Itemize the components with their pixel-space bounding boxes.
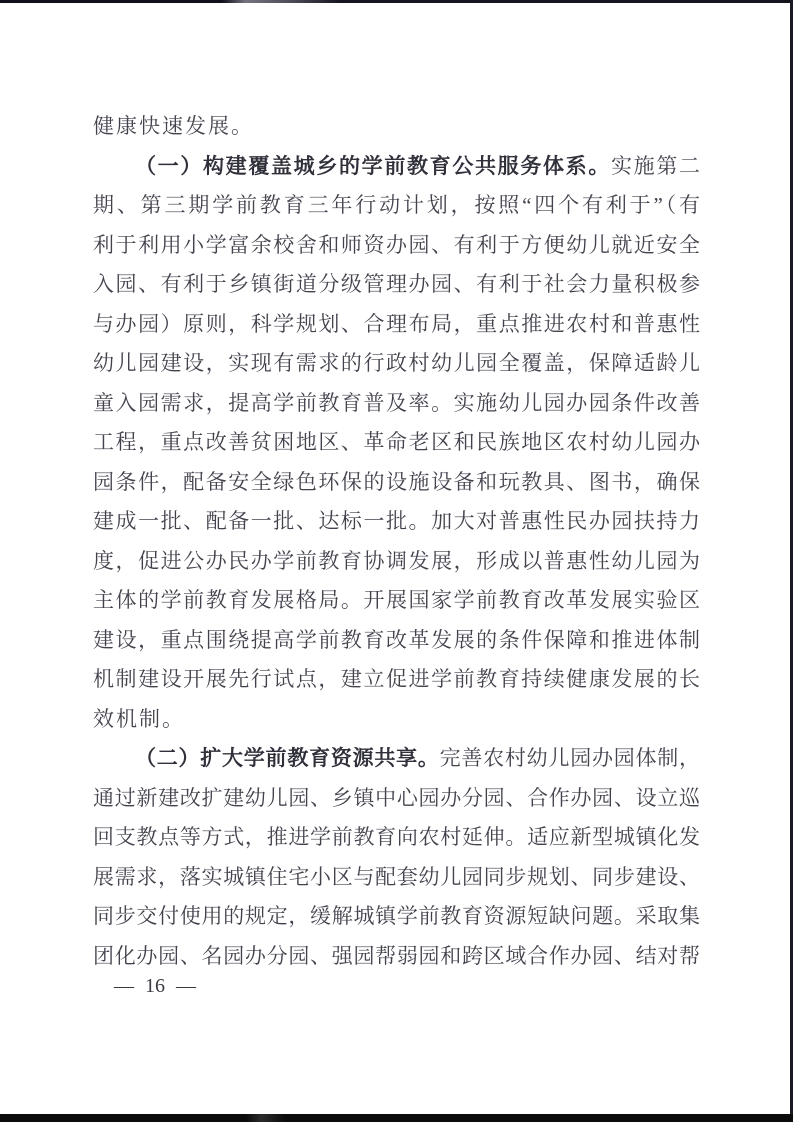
scan-artifact-top-edge (0, 0, 793, 3)
document-line: 与办园）原则，科学规划、合理布局，重点推进农村和普惠性 (93, 305, 700, 345)
document-line: 同步交付使用的规定，缓解城镇学前教育资源短缺问题。采取集 (93, 897, 700, 937)
footer-page-number: 16 (145, 975, 165, 997)
body-text: 童入园需求，提高学前教育普及率。实施幼儿园办园条件改善 (93, 391, 700, 415)
document-line: 建设，重点围绕提高学前教育改革发展的条件保障和推进体制 (93, 621, 700, 661)
body-text: 度，促进公办民办学前教育协调发展，形成以普惠性幼儿园为 (93, 549, 700, 573)
scan-artifact-bottom-edge (0, 1114, 793, 1122)
body-text: 建成一批、配备一批、达标一批。加大对普惠性民办园扶持力 (93, 509, 700, 533)
document-line: 度，促进公办民办学前教育协调发展，形成以普惠性幼儿园为 (93, 542, 700, 582)
body-text: 主体的学前教育发展格局。开展国家学前教育改革发展实验区 (93, 588, 700, 612)
document-line: 建成一批、配备一批、达标一批。加大对普惠性民办园扶持力 (93, 502, 700, 542)
body-text: 同步交付使用的规定，缓解城镇学前教育资源短缺问题。采取集 (93, 904, 700, 928)
body-text: 与办园）原则，科学规划、合理布局，重点推进农村和普惠性 (93, 312, 700, 336)
body-text: 建设，重点围绕提高学前教育改革发展的条件保障和推进体制 (93, 628, 700, 652)
document-line: 童入园需求，提高学前教育普及率。实施幼儿园办园条件改善 (93, 384, 700, 424)
document-line: 机制建设开展先行试点，建立促进学前教育持续健康发展的长 (93, 660, 700, 700)
section-heading: （一）构建覆盖城乡的学前教育公共服务体系。 (135, 154, 611, 178)
footer-dash-left: — (114, 975, 134, 997)
document-line: 期、第三期学前教育三年行动计划，按照“四个有利于”（有 (93, 186, 700, 226)
document-line: 主体的学前教育发展格局。开展国家学前教育改革发展实验区 (93, 581, 700, 621)
body-text: 期、第三期学前教育三年行动计划，按照“四个有利于”（有 (93, 193, 700, 217)
document-line: 幼儿园建设，实现有需求的行政村幼儿园全覆盖，保障适龄儿 (93, 344, 700, 384)
body-text: 机制建设开展先行试点，建立促进学前教育持续健康发展的长 (93, 667, 700, 691)
body-text: 幼儿园建设，实现有需求的行政村幼儿园全覆盖，保障适龄儿 (93, 351, 700, 375)
body-text: 实施第二 (611, 154, 700, 178)
body-text: 利于利用小学富余校舍和师资办园、有利于方便幼儿就近安全 (93, 233, 700, 257)
document-line: （一）构建覆盖城乡的学前教育公共服务体系。实施第二 (93, 147, 700, 187)
body-text: 回支教点等方式，推进学前教育向农村延伸。适应新型城镇化发 (93, 825, 700, 849)
body-text: 通过新建改扩建幼儿园、乡镇中心园办分园、合作办园、设立巡 (93, 786, 700, 810)
document-line: 入园、有利于乡镇街道分级管理办园、有利于社会力量积极参 (93, 265, 700, 305)
body-text: 完善农村幼儿园办园体制， (440, 746, 700, 770)
page-footer: —16— (114, 974, 196, 998)
document-body: 健康快速发展。（一）构建覆盖城乡的学前教育公共服务体系。实施第二期、第三期学前教… (93, 107, 700, 976)
body-text: 健康快速发展。 (93, 114, 254, 138)
body-text: 入园、有利于乡镇街道分级管理办园、有利于社会力量积极参 (93, 272, 700, 296)
document-line: （二）扩大学前教育资源共享。完善农村幼儿园办园体制， (93, 739, 700, 779)
document-line: 效机制。 (93, 700, 700, 740)
document-line: 健康快速发展。 (93, 107, 700, 147)
document-line: 团化办园、名园办分园、强园帮弱园和跨区域合作办园、结对帮 (93, 937, 700, 977)
body-text: 园条件，配备安全绿色环保的设施设备和玩教具、图书，确保 (93, 470, 700, 494)
scanned-document-page: 健康快速发展。（一）构建覆盖城乡的学前教育公共服务体系。实施第二期、第三期学前教… (0, 0, 793, 1122)
section-heading: （二）扩大学前教育资源共享。 (135, 746, 440, 770)
body-text: 团化办园、名园办分园、强园帮弱园和跨区域合作办园、结对帮 (93, 944, 700, 968)
document-line: 工程，重点改善贫困地区、革命老区和民族地区农村幼儿园办 (93, 423, 700, 463)
body-text: 展需求，落实城镇住宅小区与配套幼儿园同步规划、同步建设、 (93, 865, 700, 889)
document-line: 利于利用小学富余校舍和师资办园、有利于方便幼儿就近安全 (93, 226, 700, 266)
footer-dash-right: — (176, 975, 196, 997)
document-line: 通过新建改扩建幼儿园、乡镇中心园办分园、合作办园、设立巡 (93, 779, 700, 819)
body-text: 工程，重点改善贫困地区、革命老区和民族地区农村幼儿园办 (93, 430, 700, 454)
document-line: 园条件，配备安全绿色环保的设施设备和玩教具、图书，确保 (93, 463, 700, 503)
body-text: 效机制。 (93, 707, 185, 731)
document-line: 展需求，落实城镇住宅小区与配套幼儿园同步规划、同步建设、 (93, 858, 700, 898)
document-line: 回支教点等方式，推进学前教育向农村延伸。适应新型城镇化发 (93, 818, 700, 858)
